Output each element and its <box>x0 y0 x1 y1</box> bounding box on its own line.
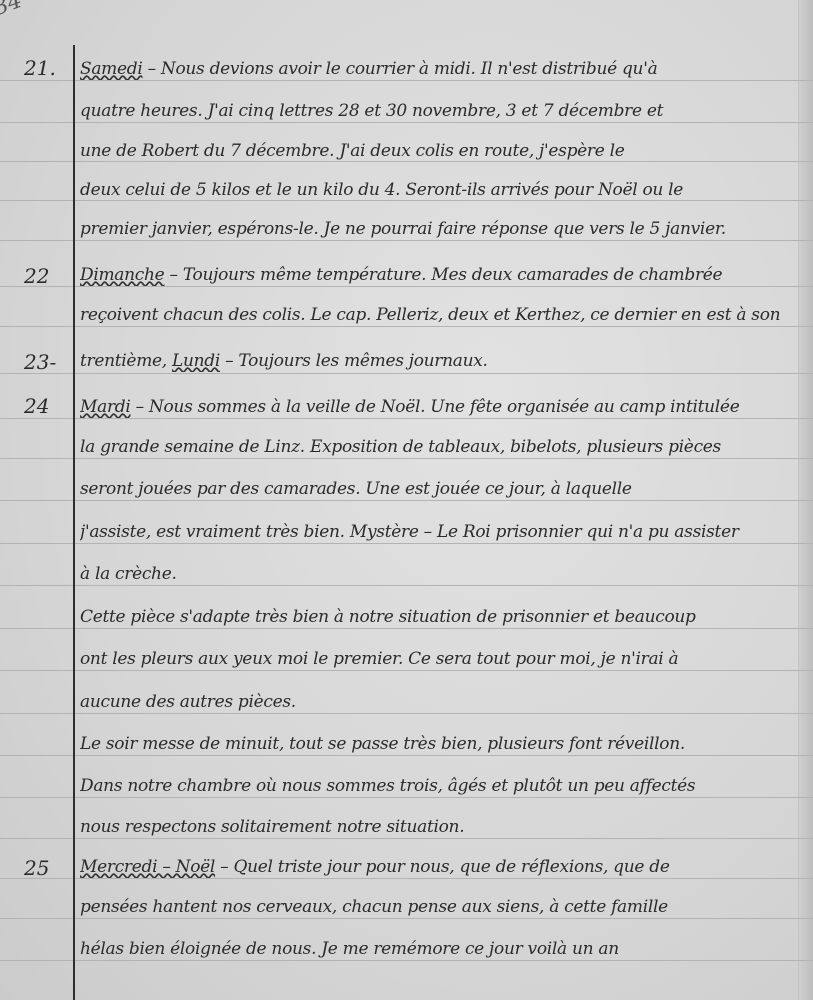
text-line: nous respectons solitairement notre situ… <box>80 816 800 838</box>
ruled-line <box>0 543 813 544</box>
ruled-line <box>0 628 813 629</box>
text-line: j'assiste, est vraiment très bien. Mystè… <box>80 521 800 543</box>
text-line: ont les pleurs aux yeux moi le premier. … <box>80 648 800 670</box>
day-number: 25 <box>24 856 70 880</box>
day-name: Mardi <box>80 397 131 417</box>
text-line: Le soir messe de minuit, tout se passe t… <box>80 733 800 755</box>
day-name: Dimanche <box>80 265 164 285</box>
text-line: seront jouées par des camarades. Une est… <box>80 478 800 500</box>
ruled-line <box>0 240 813 241</box>
text-line: Mardi – Nous sommes à la veille de Noël.… <box>80 396 800 418</box>
ruled-line <box>0 918 813 919</box>
text-line: Dimanche – Toujours même température. Me… <box>80 264 800 286</box>
text-line: pensées hantent nos cerveaux, chacun pen… <box>80 896 800 918</box>
text-line: Dans notre chambre où nous sommes trois,… <box>80 775 800 797</box>
ruled-line <box>0 797 813 798</box>
text-line: hélas bien éloignée de nous. Je me remém… <box>80 938 800 960</box>
day-number: 22 <box>24 264 70 288</box>
text-line: trentième, Lundi – Toujours les mêmes jo… <box>80 350 800 372</box>
page-number-corner: 34 <box>0 0 25 21</box>
ruled-line <box>0 878 813 879</box>
ruled-line <box>0 122 813 123</box>
text-line: reçoivent chacun des colis. Le cap. Pell… <box>80 304 800 326</box>
ruled-line <box>0 500 813 501</box>
margin-line <box>73 45 75 1000</box>
day-name: Lundi <box>172 351 220 371</box>
text-line: la grande semaine de Linz. Exposition de… <box>80 436 800 458</box>
ruled-line <box>0 326 813 327</box>
ruled-line <box>0 418 813 419</box>
ruled-line <box>0 458 813 459</box>
text-line: Samedi – Nous devions avoir le courrier … <box>80 58 800 80</box>
ruled-line <box>0 960 813 961</box>
ruled-line <box>0 585 813 586</box>
text-line: aucune des autres pièces. <box>80 691 800 713</box>
text-line: à la crèche. <box>80 563 800 585</box>
day-number: 24 <box>24 394 70 418</box>
day-name: Mercredi – Noël <box>80 857 215 877</box>
text-line: une de Robert du 7 décembre. J'ai deux c… <box>80 140 800 162</box>
day-number: 21. <box>24 56 70 80</box>
text-line: deux celui de 5 kilos et le un kilo du 4… <box>80 179 800 201</box>
text-line: Mercredi – Noël – Quel triste jour pour … <box>80 856 800 878</box>
text-line: quatre heures. J'ai cinq lettres 28 et 3… <box>80 100 800 122</box>
ruled-line <box>0 838 813 839</box>
ruled-line <box>0 80 813 81</box>
text-line: premier janvier, espérons-le. Je ne pour… <box>80 218 800 240</box>
ruled-line <box>0 373 813 374</box>
ruled-line <box>0 286 813 287</box>
text-line: Cette pièce s'adapte très bien à notre s… <box>80 606 800 628</box>
day-number: 23- <box>24 350 70 374</box>
day-name: Samedi <box>80 59 142 79</box>
diary-page: 34 21. Samedi – Nous devions avoir le co… <box>0 0 813 1000</box>
ruled-line <box>0 755 813 756</box>
ruled-line <box>0 670 813 671</box>
ruled-line <box>0 713 813 714</box>
